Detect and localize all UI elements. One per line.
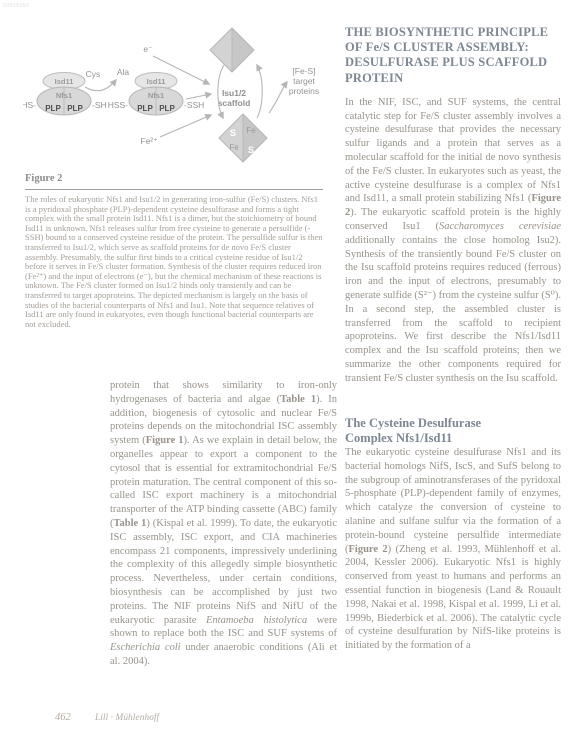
isd11-label: Isd11 (55, 77, 74, 86)
target-proteins-label-line3: proteins (289, 86, 319, 96)
electron-label: e⁻ (143, 44, 152, 54)
figure-label: Figure 2 (25, 173, 62, 184)
hs-group-label: HS- (23, 100, 36, 110)
nfs1-label: Nfs1 (56, 91, 72, 100)
sh-group-label: -SH (92, 100, 107, 110)
plp-label: PLP (67, 104, 83, 113)
left-column-paragraph: protein that shows similarity to iron-on… (110, 379, 337, 669)
plp-label: PLP (137, 104, 153, 113)
cys-label: Cys (86, 69, 101, 79)
paper-page: 00055956 Isd11 Nfs1 PLP PLP HS- -SH Cys … (0, 0, 578, 756)
subsection-heading-line1: The Cysteine Desulfurase (345, 416, 561, 431)
hss-group-label: HSS- (108, 100, 128, 110)
nfs1-label: Nfs1 (148, 91, 164, 100)
cluster-fe-label: Fe (246, 126, 256, 135)
subsection-heading-line2: Complex Nfs1/Isd11 (345, 431, 561, 446)
plp-label: PLP (159, 104, 175, 113)
cycle-arrow-up (257, 65, 262, 118)
cluster-transfer-arrow (269, 82, 287, 113)
ssh-group-label: -SSH (184, 100, 204, 110)
right-column-paragraph-2: The eukaryotic cysteine desulfurase Nfs1… (345, 446, 561, 653)
cluster-fe-label: Fe (229, 143, 239, 152)
iron-arrow (160, 115, 211, 137)
cluster-s-label: S (230, 128, 236, 138)
section-heading: THE BIOSYNTHETIC PRINCIPLE OF Fe/S CLUST… (345, 25, 561, 86)
scaffold-label-line1: Isu1/2 (222, 88, 246, 98)
nfs1-isd11-complex-persulfide: Isd11 Nfs1 PLP PLP HSS- -SSH (108, 73, 205, 116)
isd11-label: Isd11 (147, 77, 166, 86)
iron-label: Fe²⁺ (140, 136, 157, 146)
right-column-paragraph-1: In the NIF, ISC, and SUF systems, the ce… (345, 96, 561, 386)
apo-scaffold-diamond (210, 28, 254, 72)
cluster-s-label: S (248, 145, 254, 155)
scan-watermark: 00055956 (3, 3, 29, 9)
ala-label: Ala (117, 67, 130, 77)
cys-to-ala-arrow (85, 80, 116, 91)
sulfur-transfer-arrow (186, 94, 211, 99)
subsection-heading: The Cysteine Desulfurase Complex Nfs1/Is… (345, 416, 561, 446)
fes-cluster-diamond: S Fe Fe S (219, 114, 267, 162)
running-authors: Lill · Mühlenhoff (95, 713, 159, 723)
figure2-diagram: Isd11 Nfs1 PLP PLP HS- -SH Cys Ala Isd11… (23, 20, 333, 172)
right-column: THE BIOSYNTHETIC PRINCIPLE OF Fe/S CLUST… (345, 25, 561, 653)
scaffold-label-line2: scaffold (218, 98, 251, 108)
figure-rule (25, 189, 323, 190)
plp-label: PLP (45, 104, 61, 113)
target-proteins-label-line1: [Fe-S] (292, 66, 315, 76)
cys-ala-reaction: Cys Ala (85, 67, 129, 91)
figure-caption: The roles of eukaryotic Nfs1 and Isu1/2 … (25, 195, 323, 329)
page-number: 462 (55, 712, 71, 723)
target-proteins-label-line2: target (293, 76, 315, 86)
